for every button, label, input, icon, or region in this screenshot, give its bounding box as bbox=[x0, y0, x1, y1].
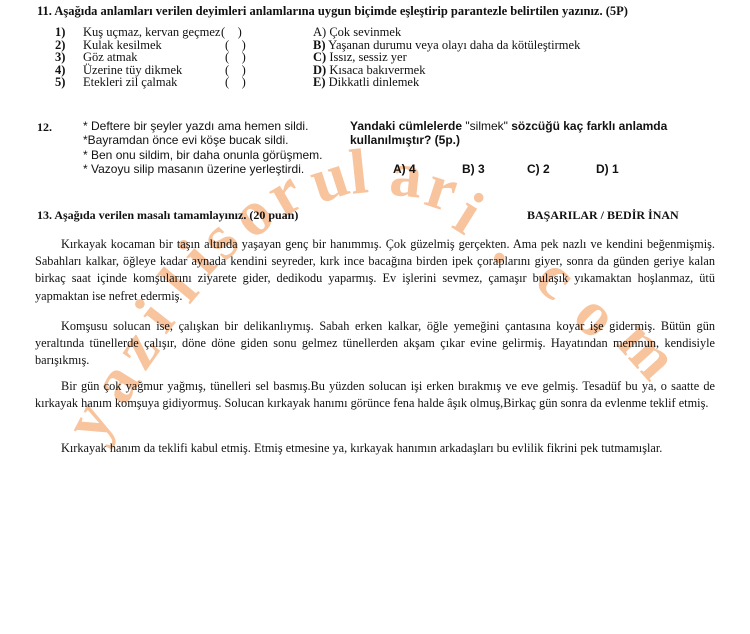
q11-idiom-number: 3) bbox=[55, 51, 83, 64]
q11-idiom-number: 1) bbox=[55, 26, 83, 39]
q11-meaning-text: Dikkatli dinlemek bbox=[329, 75, 420, 89]
q13-title: 13. Aşağıda verilen masalı tamamlayınız.… bbox=[37, 208, 298, 223]
q12-question: Yandaki cümlelerde "silmek" sözcüğü kaç … bbox=[350, 119, 667, 148]
story-paragraph-4: Kırkayak hanım da teklifi kabul etmiş. E… bbox=[35, 440, 715, 457]
q12-option-d: D) 1 bbox=[596, 162, 619, 176]
q11-idiom-list: 1)Kuş uçmaz, kervan geçmez( )2)Kulak kes… bbox=[55, 26, 255, 89]
q11-meaning-letter: E) bbox=[313, 75, 326, 89]
q12-question-part1: Yandaki cümlelerde bbox=[350, 119, 465, 133]
q12-sentence: * Vazoyu silip masanın üzerine yerleştir… bbox=[83, 162, 322, 176]
q12-sentence: * Deftere bir şeyler yazdı ama hemen sil… bbox=[83, 119, 322, 133]
q11-idiom-text: Etekleri zil çalmak bbox=[83, 75, 177, 89]
q11-answer-blank[interactable]: ( ) bbox=[221, 26, 242, 39]
q12-sentence-list: * Deftere bir şeyler yazdı ama hemen sil… bbox=[83, 119, 322, 176]
q12-number: 12. bbox=[37, 120, 52, 135]
watermark-letter: r bbox=[417, 149, 467, 228]
q11-meaning-item: E) Dikkatli dinlemek bbox=[313, 76, 580, 89]
story-paragraph-3: Bir gün çok yağmur yağmış, tünelleri sel… bbox=[35, 378, 715, 412]
q12-option-c: C) 2 bbox=[527, 162, 550, 176]
story-paragraph-1: Kırkayak kocaman bir taşın altında yaşay… bbox=[35, 236, 715, 305]
q11-idiom-number: 5) bbox=[55, 76, 83, 89]
q11-answer-blank[interactable]: ( ) bbox=[225, 51, 246, 64]
q12-option-b: B) 3 bbox=[462, 162, 485, 176]
q12-sentence: *Bayramdan önce evi köşe bucak sildi. bbox=[83, 133, 322, 147]
q13-signature: BAŞARILAR / BEDİR İNAN bbox=[527, 208, 679, 223]
q12-option-a: A) 4 bbox=[393, 162, 416, 176]
story-paragraph-3-text: Bir gün çok yağmur yağmış, tünelleri sel… bbox=[35, 379, 715, 410]
q11-meaning-list: A) Çok sevinmekB) Yaşanan durumu veya ol… bbox=[313, 26, 580, 89]
watermark: yazilisorulari.com bbox=[0, 0, 750, 634]
q11-idiom-item: 5)Etekleri zil çalmak( ) bbox=[55, 76, 255, 89]
story-paragraph-2-text: Komşusu solucan ise, çalışkan bir delika… bbox=[35, 319, 715, 367]
q12-question-part2: sözcüğü kaç farklı anlamda bbox=[508, 119, 667, 133]
story-paragraph-4-text: Kırkayak hanım da teklifi kabul etmiş. E… bbox=[61, 441, 662, 455]
story-paragraph-1-text: Kırkayak kocaman bir taşın altında yaşay… bbox=[35, 237, 715, 303]
q11-title: 11. Aşağıda anlamları verilen deyimleri … bbox=[37, 4, 628, 19]
story-paragraph-2: Komşusu solucan ise, çalışkan bir delika… bbox=[35, 318, 715, 370]
q11-answer-blank[interactable]: ( ) bbox=[225, 76, 246, 89]
q12-question-line2: kullanılmıştır? (5p.) bbox=[350, 133, 460, 147]
q12-question-quoted: "silmek" bbox=[465, 119, 508, 133]
q12-sentence: * Ben onu sildim, bir daha onunla görüşm… bbox=[83, 148, 322, 162]
